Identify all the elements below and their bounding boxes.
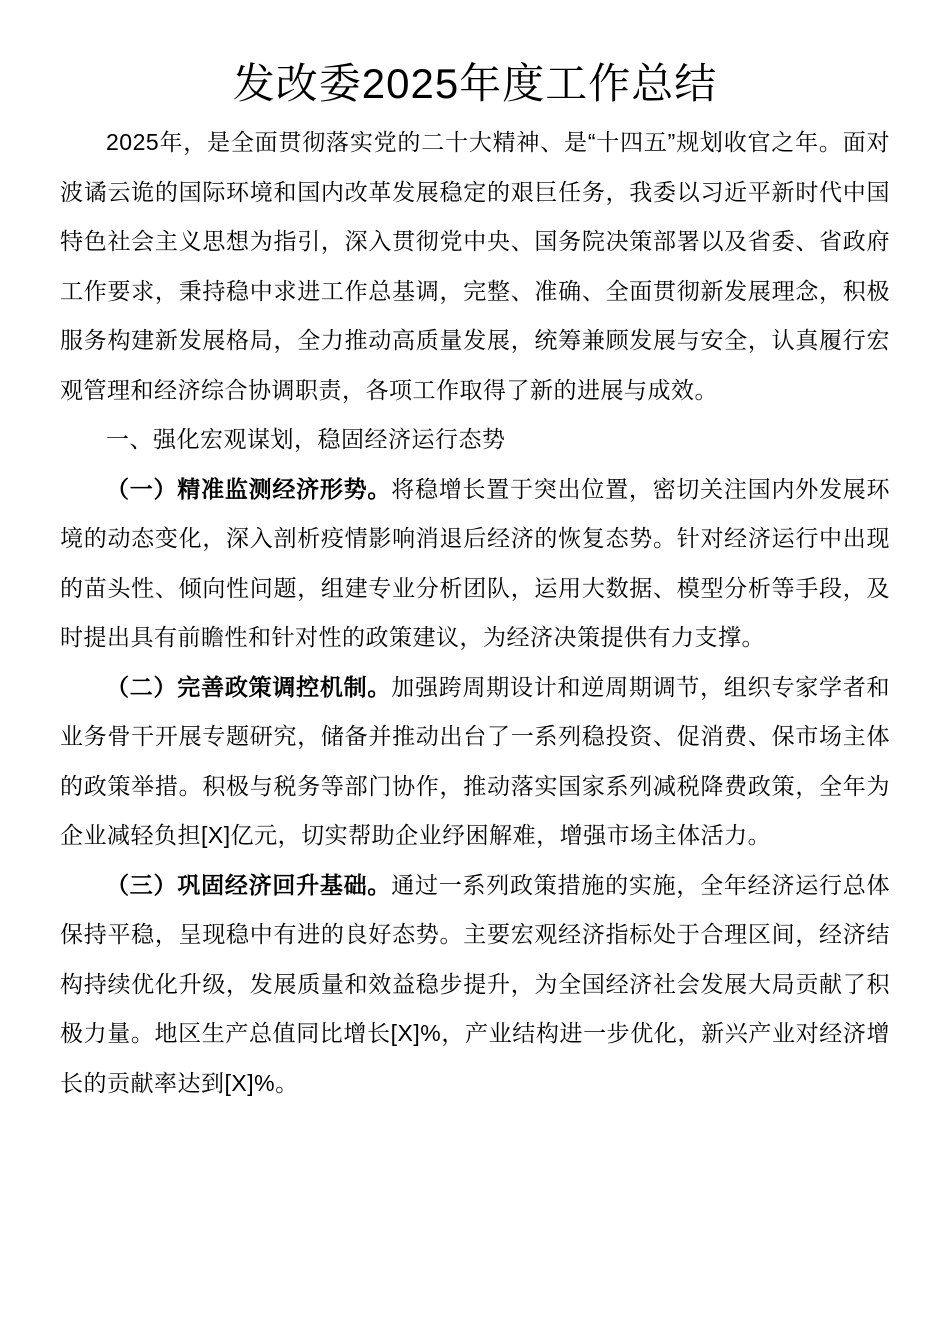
subsection-paragraph-3: （三）巩固经济回升基础。通过一系列政策措施的实施，全年经济运行总体保持平稳，呈现… bbox=[60, 861, 890, 1109]
intro-paragraph: 2025年，是全面贯彻落实党的二十大精神、是“十四五”规划收官之年。面对波谲云诡… bbox=[60, 118, 890, 415]
subsection-paragraph-1: （一）精准监测经济形势。将稳增长置于突出位置，密切关注国内外发展环境的动态变化，… bbox=[60, 465, 890, 663]
document-title: 发改委2025年度工作总结 bbox=[60, 58, 890, 110]
subsection-text-3: 通过一系列政策措施的实施，全年经济运行总体保持平稳，呈现稳中有进的良好态势。主要… bbox=[60, 872, 890, 1096]
subsection-lead-3: （三）巩固经济回升基础。 bbox=[106, 872, 391, 898]
subsection-lead-2: （二）完善政策调控机制。 bbox=[106, 674, 391, 700]
subsection-paragraph-2: （二）完善政策调控机制。加强跨周期设计和逆周期调节，组织专家学者和业务骨干开展专… bbox=[60, 663, 890, 861]
section-heading: 一、强化宏观谋划，稳固经济运行态势 bbox=[60, 415, 890, 465]
subsection-lead-1: （一）精准监测经济形势。 bbox=[106, 476, 391, 502]
document-page: 发改委2025年度工作总结 2025年，是全面贯彻落实党的二十大精神、是“十四五… bbox=[0, 0, 950, 1344]
